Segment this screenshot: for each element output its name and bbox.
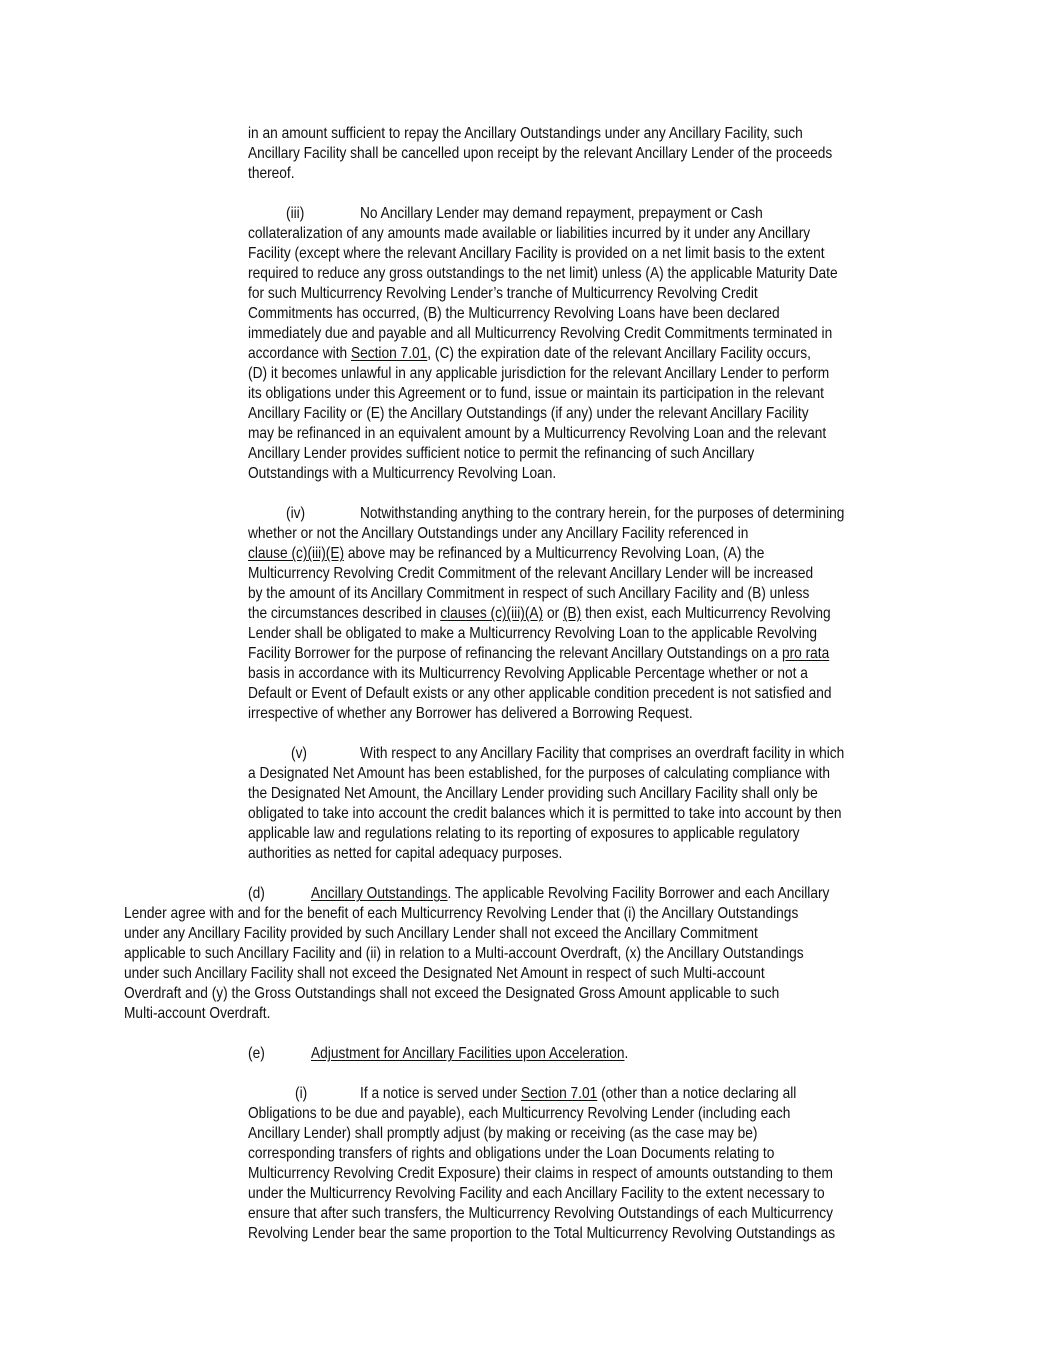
text-line: may be refinanced in an equivalent amoun… [248, 424, 826, 444]
text-line: Ancillary Lender provides sufficient not… [248, 444, 754, 464]
text-line: Ancillary Lender) shall promptly adjust … [248, 1124, 757, 1144]
text-span: , (C) the expiration date of the relevan… [427, 345, 811, 362]
clause-number: (v) [291, 744, 307, 764]
text-line: If a notice is served under Section 7.01… [360, 1084, 796, 1104]
text-line: its obligations under this Agreement or … [248, 384, 824, 404]
text-line: a Designated Net Amount has been establi… [248, 764, 830, 784]
section-7-01-link[interactable]: Section 7.01 [351, 345, 427, 362]
text-line: Outstandings with a Multicurrency Revolv… [248, 464, 556, 484]
text-line: required to reduce any gross outstanding… [248, 264, 838, 284]
text-line: under the Multicurrency Revolving Facili… [248, 1184, 825, 1204]
pro-rata-term: pro rata [782, 645, 829, 662]
text-line: thereof. [248, 164, 295, 184]
text-span: or [543, 605, 563, 622]
text-line: for such Multicurrency Revolving Lender’… [248, 284, 758, 304]
text-line: corresponding transfers of rights and ob… [248, 1144, 774, 1164]
text-span: If a notice is served under [360, 1085, 521, 1102]
text-line: No Ancillary Lender may demand repayment… [360, 204, 763, 224]
text-line: Adjustment for Ancillary Facilities upon… [311, 1044, 628, 1064]
clause-b-link[interactable]: (B) [563, 605, 581, 622]
text-line: Commitments has occurred, (B) the Multic… [248, 304, 780, 324]
document-page: in an amount sufficient to repay the Anc… [0, 0, 1055, 1365]
text-span: (other than a notice declaring all [597, 1085, 796, 1102]
text-line: accordance with Section 7.01, (C) the ex… [248, 344, 811, 364]
text-line: Ancillary Facility shall be cancelled up… [248, 144, 832, 164]
text-line: applicable law and regulations relating … [248, 824, 800, 844]
text-line: by the amount of its Ancillary Commitmen… [248, 584, 809, 604]
text-line: Multi-account Overdraft. [124, 1004, 270, 1024]
section-7-01-link[interactable]: Section 7.01 [521, 1085, 597, 1102]
clause-number: (iv) [286, 504, 305, 524]
text-line: clause (c)(iii)(E) above may be refinanc… [248, 544, 764, 564]
text-line: Overdraft and (y) the Gross Outstandings… [124, 984, 779, 1004]
clause-c-iii-e-link[interactable]: clause (c)(iii)(E) [248, 545, 344, 562]
text-line: Default or Event of Default exists or an… [248, 684, 832, 704]
text-line: Lender agree with and for the benefit of… [124, 904, 798, 924]
text-span: Facility Borrower for the purpose of ref… [248, 645, 782, 662]
clause-number: (d) [248, 884, 265, 904]
text-line: ensure that after such transfers, the Mu… [248, 1204, 833, 1224]
text-span: . [624, 1045, 628, 1062]
text-line: the Designated Net Amount, the Ancillary… [248, 784, 818, 804]
text-line: Notwithstanding anything to the contrary… [360, 504, 844, 524]
text-line: immediately due and payable and all Mult… [248, 324, 832, 344]
text-line: under such Ancillary Facility shall not … [124, 964, 765, 984]
clause-number: (e) [248, 1044, 265, 1064]
text-line: whether or not the Ancillary Outstanding… [248, 524, 748, 544]
text-line: (D) it becomes unlawful in any applicabl… [248, 364, 829, 384]
text-span: above may be refinanced by a Multicurren… [344, 545, 764, 562]
text-line: Ancillary Facility or (E) the Ancillary … [248, 404, 809, 424]
section-heading: Adjustment for Ancillary Facilities upon… [311, 1045, 624, 1062]
text-line: in an amount sufficient to repay the Anc… [248, 124, 803, 144]
text-line: Revolving Lender bear the same proportio… [248, 1224, 835, 1244]
clause-number: (i) [295, 1084, 307, 1104]
clauses-c-iii-a-link[interactable]: clauses (c)(iii)(A) [440, 605, 543, 622]
text-line: collateralization of any amounts made av… [248, 224, 810, 244]
text-line: basis in accordance with its Multicurren… [248, 664, 808, 684]
text-line: Facility (except where the relevant Anci… [248, 244, 825, 264]
text-line: the circumstances described in clauses (… [248, 604, 831, 624]
text-span: the circumstances described in [248, 605, 440, 622]
clause-number: (iii) [286, 204, 304, 224]
text-line: Multicurrency Revolving Credit Exposure)… [248, 1164, 833, 1184]
text-line: Lender shall be obligated to make a Mult… [248, 624, 817, 644]
text-line: applicable to such Ancillary Facility an… [124, 944, 804, 964]
text-line: obligated to take into account the credi… [248, 804, 841, 824]
text-line: With respect to any Ancillary Facility t… [360, 744, 844, 764]
text-span: accordance with [248, 345, 351, 362]
text-line: Facility Borrower for the purpose of ref… [248, 644, 829, 664]
text-line: authorities as netted for capital adequa… [248, 844, 562, 864]
text-line: Ancillary Outstandings. The applicable R… [311, 884, 829, 904]
text-line: under any Ancillary Facility provided by… [124, 924, 758, 944]
text-line: Obligations to be due and payable), each… [248, 1104, 790, 1124]
section-heading: Ancillary Outstandings [311, 885, 448, 902]
text-span: then exist, each Multicurrency Revolving [581, 605, 830, 622]
text-line: irrespective of whether any Borrower has… [248, 704, 693, 724]
text-span: . The applicable Revolving Facility Borr… [448, 885, 830, 902]
text-line: Multicurrency Revolving Credit Commitmen… [248, 564, 813, 584]
